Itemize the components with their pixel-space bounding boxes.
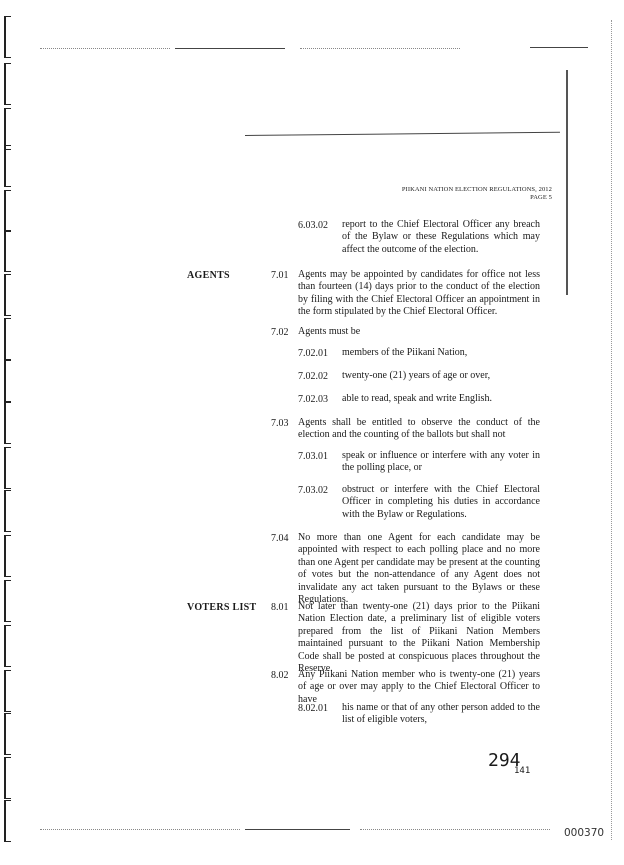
subclause-text: obstruct or interfere with the Chief Ele… bbox=[342, 484, 540, 521]
subclause-text: twenty-one (21) years of age or over, bbox=[342, 370, 540, 382]
clause-text: Agents shall be entitled to observe the … bbox=[298, 417, 540, 442]
subclause-text: his name or that of any other person add… bbox=[342, 702, 540, 727]
section-heading-agents: AGENTS bbox=[187, 270, 230, 281]
clause-number: 8.01 bbox=[271, 602, 289, 613]
section-heading-voters-list: VOTERS LIST bbox=[187, 602, 257, 613]
running-header: PIIKANI NATION ELECTION REGULATIONS, 201… bbox=[330, 186, 552, 202]
clause-number: 6.03.02 bbox=[298, 220, 328, 231]
clause-text: Agents may be appointed by candidates fo… bbox=[298, 269, 540, 319]
clause-text: report to the Chief Electoral Officer an… bbox=[342, 219, 540, 256]
header-title: PIIKANI NATION ELECTION REGULATIONS, 201… bbox=[330, 186, 552, 194]
clause-text: No more than one Agent for each candidat… bbox=[298, 532, 540, 606]
subclause-number: 7.02.02 bbox=[298, 371, 328, 382]
subclause-number: 7.02.01 bbox=[298, 348, 328, 359]
handwritten-sub-number: 141 bbox=[514, 766, 530, 776]
clause-text: Agents must be bbox=[298, 326, 540, 338]
clause-number: 7.01 bbox=[271, 270, 289, 281]
clause-text: Any Piikani Nation member who is twenty-… bbox=[298, 669, 540, 706]
subclause-number: 7.02.03 bbox=[298, 394, 328, 405]
subclause-number: 8.02.01 bbox=[298, 703, 328, 714]
stamp-number: 000370 bbox=[564, 827, 604, 839]
clause-text: Not later than twenty-one (21) days prio… bbox=[298, 601, 540, 675]
subclause-text: able to read, speak and write English. bbox=[342, 393, 540, 405]
subclause-number: 7.03.01 bbox=[298, 451, 328, 462]
clause-number: 7.02 bbox=[271, 327, 289, 338]
clause-number: 7.03 bbox=[271, 418, 289, 429]
subclause-number: 7.03.02 bbox=[298, 485, 328, 496]
clause-number: 8.02 bbox=[271, 670, 289, 681]
subclause-text: speak or influence or interfere with any… bbox=[342, 450, 540, 475]
clause-number: 7.04 bbox=[271, 533, 289, 544]
header-page: PAGE 5 bbox=[330, 194, 552, 202]
subclause-text: members of the Piikani Nation, bbox=[342, 347, 540, 359]
